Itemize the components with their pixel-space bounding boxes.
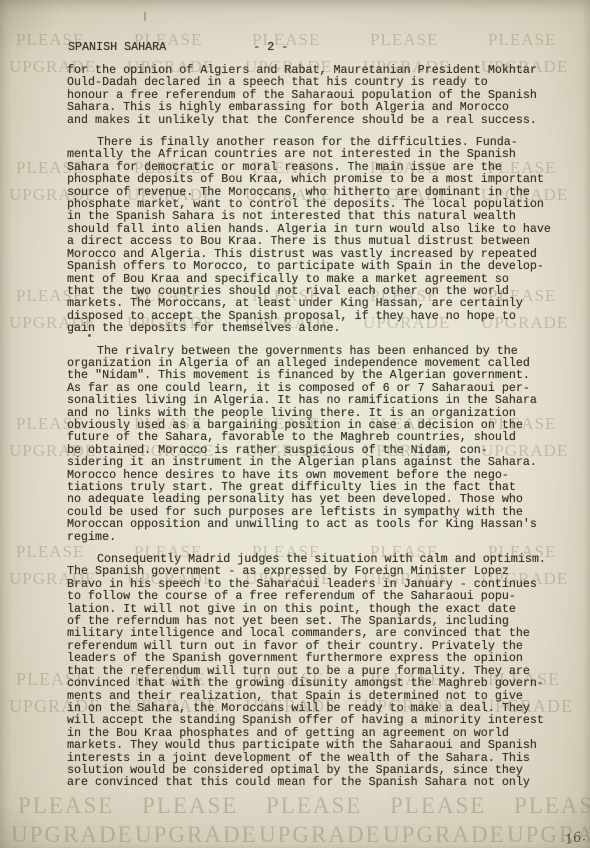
document-header: SPANISH SAHARA- 2 - (68, 41, 288, 53)
document-body: for the opinion of Algiers and Rabat, Ma… (67, 64, 567, 799)
paragraph-1: for the opinion of Algiers and Rabat, Ma… (67, 64, 567, 126)
scan-smudge (144, 12, 146, 21)
typed-text-layer: SPANISH SAHARA- 2 - for the opinion of A… (0, 0, 590, 848)
paragraph-3: The rivalry between the governments has … (67, 345, 567, 544)
paragraph-2: There is finally another reason for the … (67, 136, 567, 335)
paragraph-4: Consequently Madrid judges the situation… (67, 553, 567, 789)
page-number: - 2 - (253, 40, 288, 54)
document-title: SPANISH SAHARA (68, 40, 166, 54)
scanned-document-page: PLEASEUPGRADEPLEASEUPGRADEPLEASEUPGRADEP… (0, 0, 590, 848)
scan-speck (88, 334, 91, 337)
